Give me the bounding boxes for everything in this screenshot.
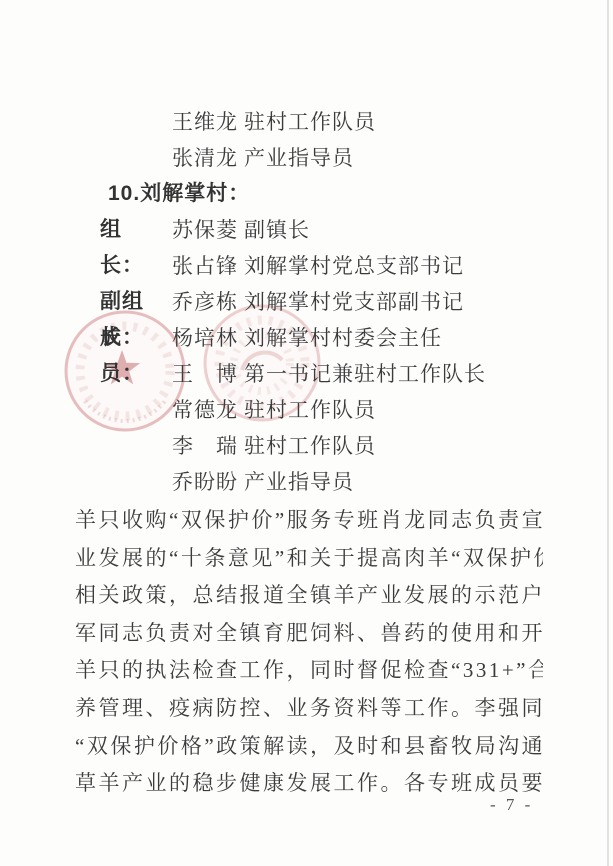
- person-title: 驻村工作队员: [244, 428, 613, 464]
- roster-role-label: 成 员：: [100, 320, 172, 356]
- person-name: 王维龙: [172, 104, 244, 140]
- person-title: 刘解掌村村委会主任: [244, 320, 613, 356]
- document-body: 王维龙 驻村工作队员 张清龙 产业指导员 10.刘解掌村： 组 长： 苏保菱 副…: [0, 104, 613, 803]
- roster-row: 常德龙 驻村工作队员: [0, 392, 613, 428]
- paragraph-line: 羊只的执法检查工作，同时督促检查“331+”合作社和育肥舍饲: [75, 652, 543, 690]
- person-name: 苏保菱: [172, 212, 244, 248]
- roster-row: 王维龙 驻村工作队员: [0, 104, 613, 140]
- person-title: 驻村工作队员: [244, 104, 613, 140]
- roster-row: 组 长： 苏保菱 副镇长: [0, 212, 613, 248]
- roster-role-label: [100, 464, 172, 500]
- person-title: 刘解掌村党支部副书记: [244, 284, 613, 320]
- person-name: 乔盼盼: [172, 464, 244, 500]
- person-name: 常德龙: [172, 392, 244, 428]
- roster-role-label: [100, 248, 172, 284]
- person-title: 副镇长: [244, 212, 613, 248]
- person-name: 张清龙: [172, 140, 244, 176]
- roster-role-label: [100, 356, 172, 392]
- section-heading: 10.刘解掌村：: [108, 176, 613, 212]
- person-name: 张占锋: [172, 248, 244, 284]
- paragraph-line: 相关政策，总结报道全镇羊产业发展的示范户和典型经验。杨勇: [75, 577, 543, 615]
- paragraph-line: 业发展的“十条意见”和关于提高肉羊“双保护价格的意见”等: [75, 540, 543, 578]
- page-number: - 7 -: [490, 795, 533, 815]
- roster-row: 副组长： 乔彦栋 刘解掌村党支部副书记: [0, 284, 613, 320]
- roster-row: 王 博 第一书记兼驻村工作队长: [0, 356, 613, 392]
- paragraph-line: 羊只收购“双保护价”服务专班肖龙同志负责宣传全县羊产: [75, 502, 543, 540]
- continued-roster: 王维龙 驻村工作队员 张清龙 产业指导员: [0, 104, 613, 176]
- paragraph-line: 草羊产业的稳步健康发展工作。各专班成员要统一思想，提高政: [75, 765, 543, 803]
- roster-role-label: 组 长：: [100, 212, 172, 248]
- roster-role-label: [100, 392, 172, 428]
- village-roster: 组 长： 苏保菱 副镇长 张占锋 刘解掌村党总支部书记 副组长： 乔彦栋 刘解掌…: [0, 212, 613, 500]
- person-name: 李 瑞: [172, 428, 244, 464]
- roster-row: 成 员： 杨培林 刘解掌村村委会主任: [0, 320, 613, 356]
- body-paragraph: 羊只收购“双保护价”服务专班肖龙同志负责宣传全县羊产 业发展的“十条意见”和关于…: [75, 502, 543, 803]
- scan-edge-line: [607, 0, 609, 866]
- person-name: 王 博: [172, 356, 244, 392]
- roster-role-label: [100, 104, 172, 140]
- roster-role-label: [100, 140, 172, 176]
- person-title: 驻村工作队员: [244, 392, 613, 428]
- roster-row: 李 瑞 驻村工作队员: [0, 428, 613, 464]
- paragraph-line: “双保护价格”政策解读，及时和县畜牧局沟通，指导各村抓好: [75, 728, 543, 766]
- roster-row: 张占锋 刘解掌村党总支部书记: [0, 248, 613, 284]
- person-name: 杨培林: [172, 320, 244, 356]
- person-title: 刘解掌村党总支部书记: [244, 248, 613, 284]
- scanned-document-page: 王维龙 驻村工作队员 张清龙 产业指导员 10.刘解掌村： 组 长： 苏保菱 副…: [0, 0, 613, 866]
- roster-row: 乔盼盼 产业指导员: [0, 464, 613, 500]
- person-title: 第一书记兼驻村工作队长: [244, 356, 613, 392]
- person-name: 乔彦栋: [172, 284, 244, 320]
- roster-role-label: [100, 428, 172, 464]
- paragraph-line: 军同志负责对全镇育肥饲料、兽药的使用和开展非法调运、交售: [75, 615, 543, 653]
- person-title: 产业指导员: [244, 140, 613, 176]
- paragraph-line: 养管理、疫病防控、业务资料等工作。李强同志负责草羊产业及: [75, 690, 543, 728]
- roster-role-label: 副组长：: [100, 284, 172, 320]
- person-title: 产业指导员: [244, 464, 613, 500]
- roster-row: 张清龙 产业指导员: [0, 140, 613, 176]
